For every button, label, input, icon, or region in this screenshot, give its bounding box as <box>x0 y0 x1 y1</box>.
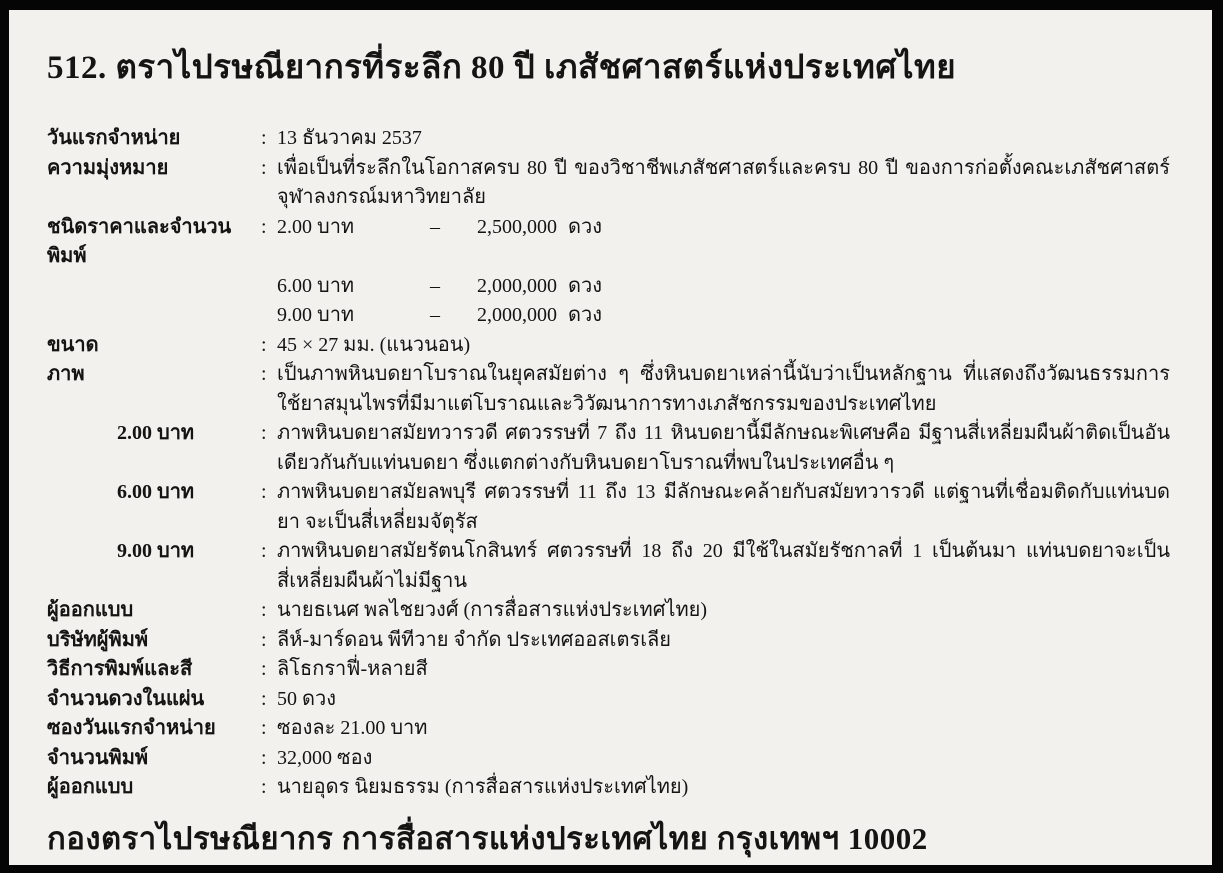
field-label: ผู้ออกแบบ <box>47 773 261 803</box>
field-value: :นายธเนศ พลไชยวงศ์ (การสื่อสารแห่งประเทศ… <box>261 596 1172 626</box>
field-label: จำนวนดวงในแผ่น <box>47 685 261 715</box>
field-row: ขนาด:45 × 27 มม. (แนวนอน) <box>47 331 1172 361</box>
denomination-price: 6.00 บาท <box>277 272 430 302</box>
scan-border-frame: 512. ตราไปรษณียากรที่ระลึก 80 ปี เภสัชศา… <box>0 0 1223 873</box>
document-title: 512. ตราไปรษณียากรที่ระลึก 80 ปี เภสัชศา… <box>47 48 1172 88</box>
field-value: :50 ดวง <box>261 685 1172 715</box>
field-label: ซองวันแรกจำหน่าย <box>47 714 261 744</box>
denomination-line: 6.00 บาท–2,000,000ดวง <box>277 272 1172 302</box>
field-text: เพื่อเป็นที่ระลึกในโอกาสครบ 80 ปี ของวิช… <box>277 154 1172 213</box>
field-value: 9.00 บาท–2,000,000ดวง <box>261 301 1172 331</box>
field-text: ภาพหินบดยาสมัยทวารวดี ศตวรรษที่ 7 ถึง 11… <box>277 419 1172 478</box>
field-label: บริษัทผู้พิมพ์ <box>47 626 261 656</box>
field-label: จำนวนพิมพ์ <box>47 744 261 774</box>
field-row: จำนวนดวงในแผ่น:50 ดวง <box>47 685 1172 715</box>
field-row: วิธีการพิมพ์และสี:ลิโธกราฟี่-หลายสี <box>47 655 1172 685</box>
field-row: 2.00 บาท:ภาพหินบดยาสมัยทวารวดี ศตวรรษที่… <box>47 419 1172 478</box>
denomination-line: 9.00 บาท–2,000,000ดวง <box>277 301 1172 331</box>
field-text: ลีห์-มาร์ดอน พีทีวาย จำกัด ประเทศออสเตรเ… <box>277 626 1172 656</box>
colon-separator: : <box>261 419 277 449</box>
field-row: วันแรกจำหน่าย:13 ธันวาคม 2537 <box>47 124 1172 154</box>
field-value: :ภาพหินบดยาสมัยรัตนโกสินทร์ ศตวรรษที่ 18… <box>261 537 1172 596</box>
colon-separator: : <box>261 478 277 508</box>
field-text: นายอุดร นิยมธรรม (การสื่อสารแห่งประเทศไท… <box>277 773 1172 803</box>
colon-separator: : <box>261 773 277 803</box>
colon-separator: : <box>261 626 277 656</box>
field-row: ผู้ออกแบบ:นายธเนศ พลไชยวงศ์ (การสื่อสารแ… <box>47 596 1172 626</box>
print-quantity: 2,500,000 <box>452 213 557 243</box>
field-text: 45 × 27 มม. (แนวนอน) <box>277 331 1172 361</box>
field-row: ชนิดราคาและจำนวนพิมพ์:2.00 บาท–2,500,000… <box>47 213 1172 272</box>
field-row: ความมุ่งหมาย:เพื่อเป็นที่ระลึกในโอกาสครบ… <box>47 154 1172 213</box>
field-row: จำนวนพิมพ์:32,000 ซอง <box>47 744 1172 774</box>
field-value: :ภาพหินบดยาสมัยลพบุรี ศตวรรษที่ 11 ถึง 1… <box>261 478 1172 537</box>
document-page: 512. ตราไปรษณียากรที่ระลึก 80 ปี เภสัชศา… <box>9 10 1212 865</box>
field-label: ความมุ่งหมาย <box>47 154 261 184</box>
field-label: ขนาด <box>47 331 261 361</box>
field-row: ซองวันแรกจำหน่าย:ซองละ 21.00 บาท <box>47 714 1172 744</box>
colon-separator: : <box>261 685 277 715</box>
denomination-price: 2.00 บาท <box>277 213 430 243</box>
field-text: ภาพหินบดยาสมัยรัตนโกสินทร์ ศตวรรษที่ 18 … <box>277 537 1172 596</box>
field-value: :ลีห์-มาร์ดอน พีทีวาย จำกัด ประเทศออสเตร… <box>261 626 1172 656</box>
field-value: :ลิโธกราฟี่-หลายสี <box>261 655 1172 685</box>
colon-separator: : <box>261 154 277 184</box>
field-text: ภาพหินบดยาสมัยลพบุรี ศตวรรษที่ 11 ถึง 13… <box>277 478 1172 537</box>
field-value: :เป็นภาพหินบดยาโบราณในยุคสมัยต่าง ๆ ซึ่ง… <box>261 360 1172 419</box>
field-value: 6.00 บาท–2,000,000ดวง <box>261 272 1172 302</box>
denomination-line: 2.00 บาท–2,500,000ดวง <box>277 213 1172 243</box>
print-quantity: 2,000,000 <box>452 301 557 331</box>
colon-separator: : <box>261 360 277 390</box>
field-value: :2.00 บาท–2,500,000ดวง <box>261 213 1172 243</box>
field-label: ชนิดราคาและจำนวนพิมพ์ <box>47 213 261 272</box>
dash-separator: – <box>430 301 452 331</box>
quantity-unit: ดวง <box>568 301 602 331</box>
field-text: ซองละ 21.00 บาท <box>277 714 1172 744</box>
colon-separator: : <box>261 655 277 685</box>
field-text: เป็นภาพหินบดยาโบราณในยุคสมัยต่าง ๆ ซึ่งห… <box>277 360 1172 419</box>
dash-separator: – <box>430 213 452 243</box>
field-row: ผู้ออกแบบ:นายอุดร นิยมธรรม (การสื่อสารแห… <box>47 773 1172 803</box>
denomination-price: 9.00 บาท <box>277 301 430 331</box>
colon-separator: : <box>261 744 277 774</box>
field-row: 6.00 บาท:ภาพหินบดยาสมัยลพบุรี ศตวรรษที่ … <box>47 478 1172 537</box>
fields: วันแรกจำหน่าย:13 ธันวาคม 2537ความมุ่งหมา… <box>47 124 1172 803</box>
quantity-unit: ดวง <box>568 213 602 243</box>
field-row: 9.00 บาท:ภาพหินบดยาสมัยรัตนโกสินทร์ ศตวร… <box>47 537 1172 596</box>
colon-separator: : <box>261 213 277 243</box>
colon-separator: : <box>261 596 277 626</box>
colon-separator: : <box>261 124 277 154</box>
field-row: 6.00 บาท–2,000,000ดวง <box>47 272 1172 302</box>
field-label: 9.00 บาท <box>47 537 261 567</box>
field-text: 50 ดวง <box>277 685 1172 715</box>
field-label: 6.00 บาท <box>47 478 261 508</box>
field-text: 13 ธันวาคม 2537 <box>277 124 1172 154</box>
colon-separator: : <box>261 714 277 744</box>
colon-separator: : <box>261 331 277 361</box>
quantity-unit: ดวง <box>568 272 602 302</box>
field-text: นายธเนศ พลไชยวงศ์ (การสื่อสารแห่งประเทศไ… <box>277 596 1172 626</box>
field-label: ผู้ออกแบบ <box>47 596 261 626</box>
field-text: 32,000 ซอง <box>277 744 1172 774</box>
field-label: ภาพ <box>47 360 261 390</box>
field-row: 9.00 บาท–2,000,000ดวง <box>47 301 1172 331</box>
dash-separator: – <box>430 272 452 302</box>
field-value: :ภาพหินบดยาสมัยทวารวดี ศตวรรษที่ 7 ถึง 1… <box>261 419 1172 478</box>
field-row: ภาพ:เป็นภาพหินบดยาโบราณในยุคสมัยต่าง ๆ ซ… <box>47 360 1172 419</box>
colon-separator: : <box>261 537 277 567</box>
field-text: ลิโธกราฟี่-หลายสี <box>277 655 1172 685</box>
field-value: :นายอุดร นิยมธรรม (การสื่อสารแห่งประเทศไ… <box>261 773 1172 803</box>
field-label: วิธีการพิมพ์และสี <box>47 655 261 685</box>
footer-address: กองตราไปรษณียากร การสื่อสารแห่งประเทศไทย… <box>47 819 1172 859</box>
print-quantity: 2,000,000 <box>452 272 557 302</box>
field-value: :ซองละ 21.00 บาท <box>261 714 1172 744</box>
field-row: บริษัทผู้พิมพ์:ลีห์-มาร์ดอน พีทีวาย จำกั… <box>47 626 1172 656</box>
field-label: วันแรกจำหน่าย <box>47 124 261 154</box>
field-value: :เพื่อเป็นที่ระลึกในโอกาสครบ 80 ปี ของวิ… <box>261 154 1172 213</box>
field-label: 2.00 บาท <box>47 419 261 449</box>
field-value: :32,000 ซอง <box>261 744 1172 774</box>
field-value: :13 ธันวาคม 2537 <box>261 124 1172 154</box>
field-value: :45 × 27 มม. (แนวนอน) <box>261 331 1172 361</box>
